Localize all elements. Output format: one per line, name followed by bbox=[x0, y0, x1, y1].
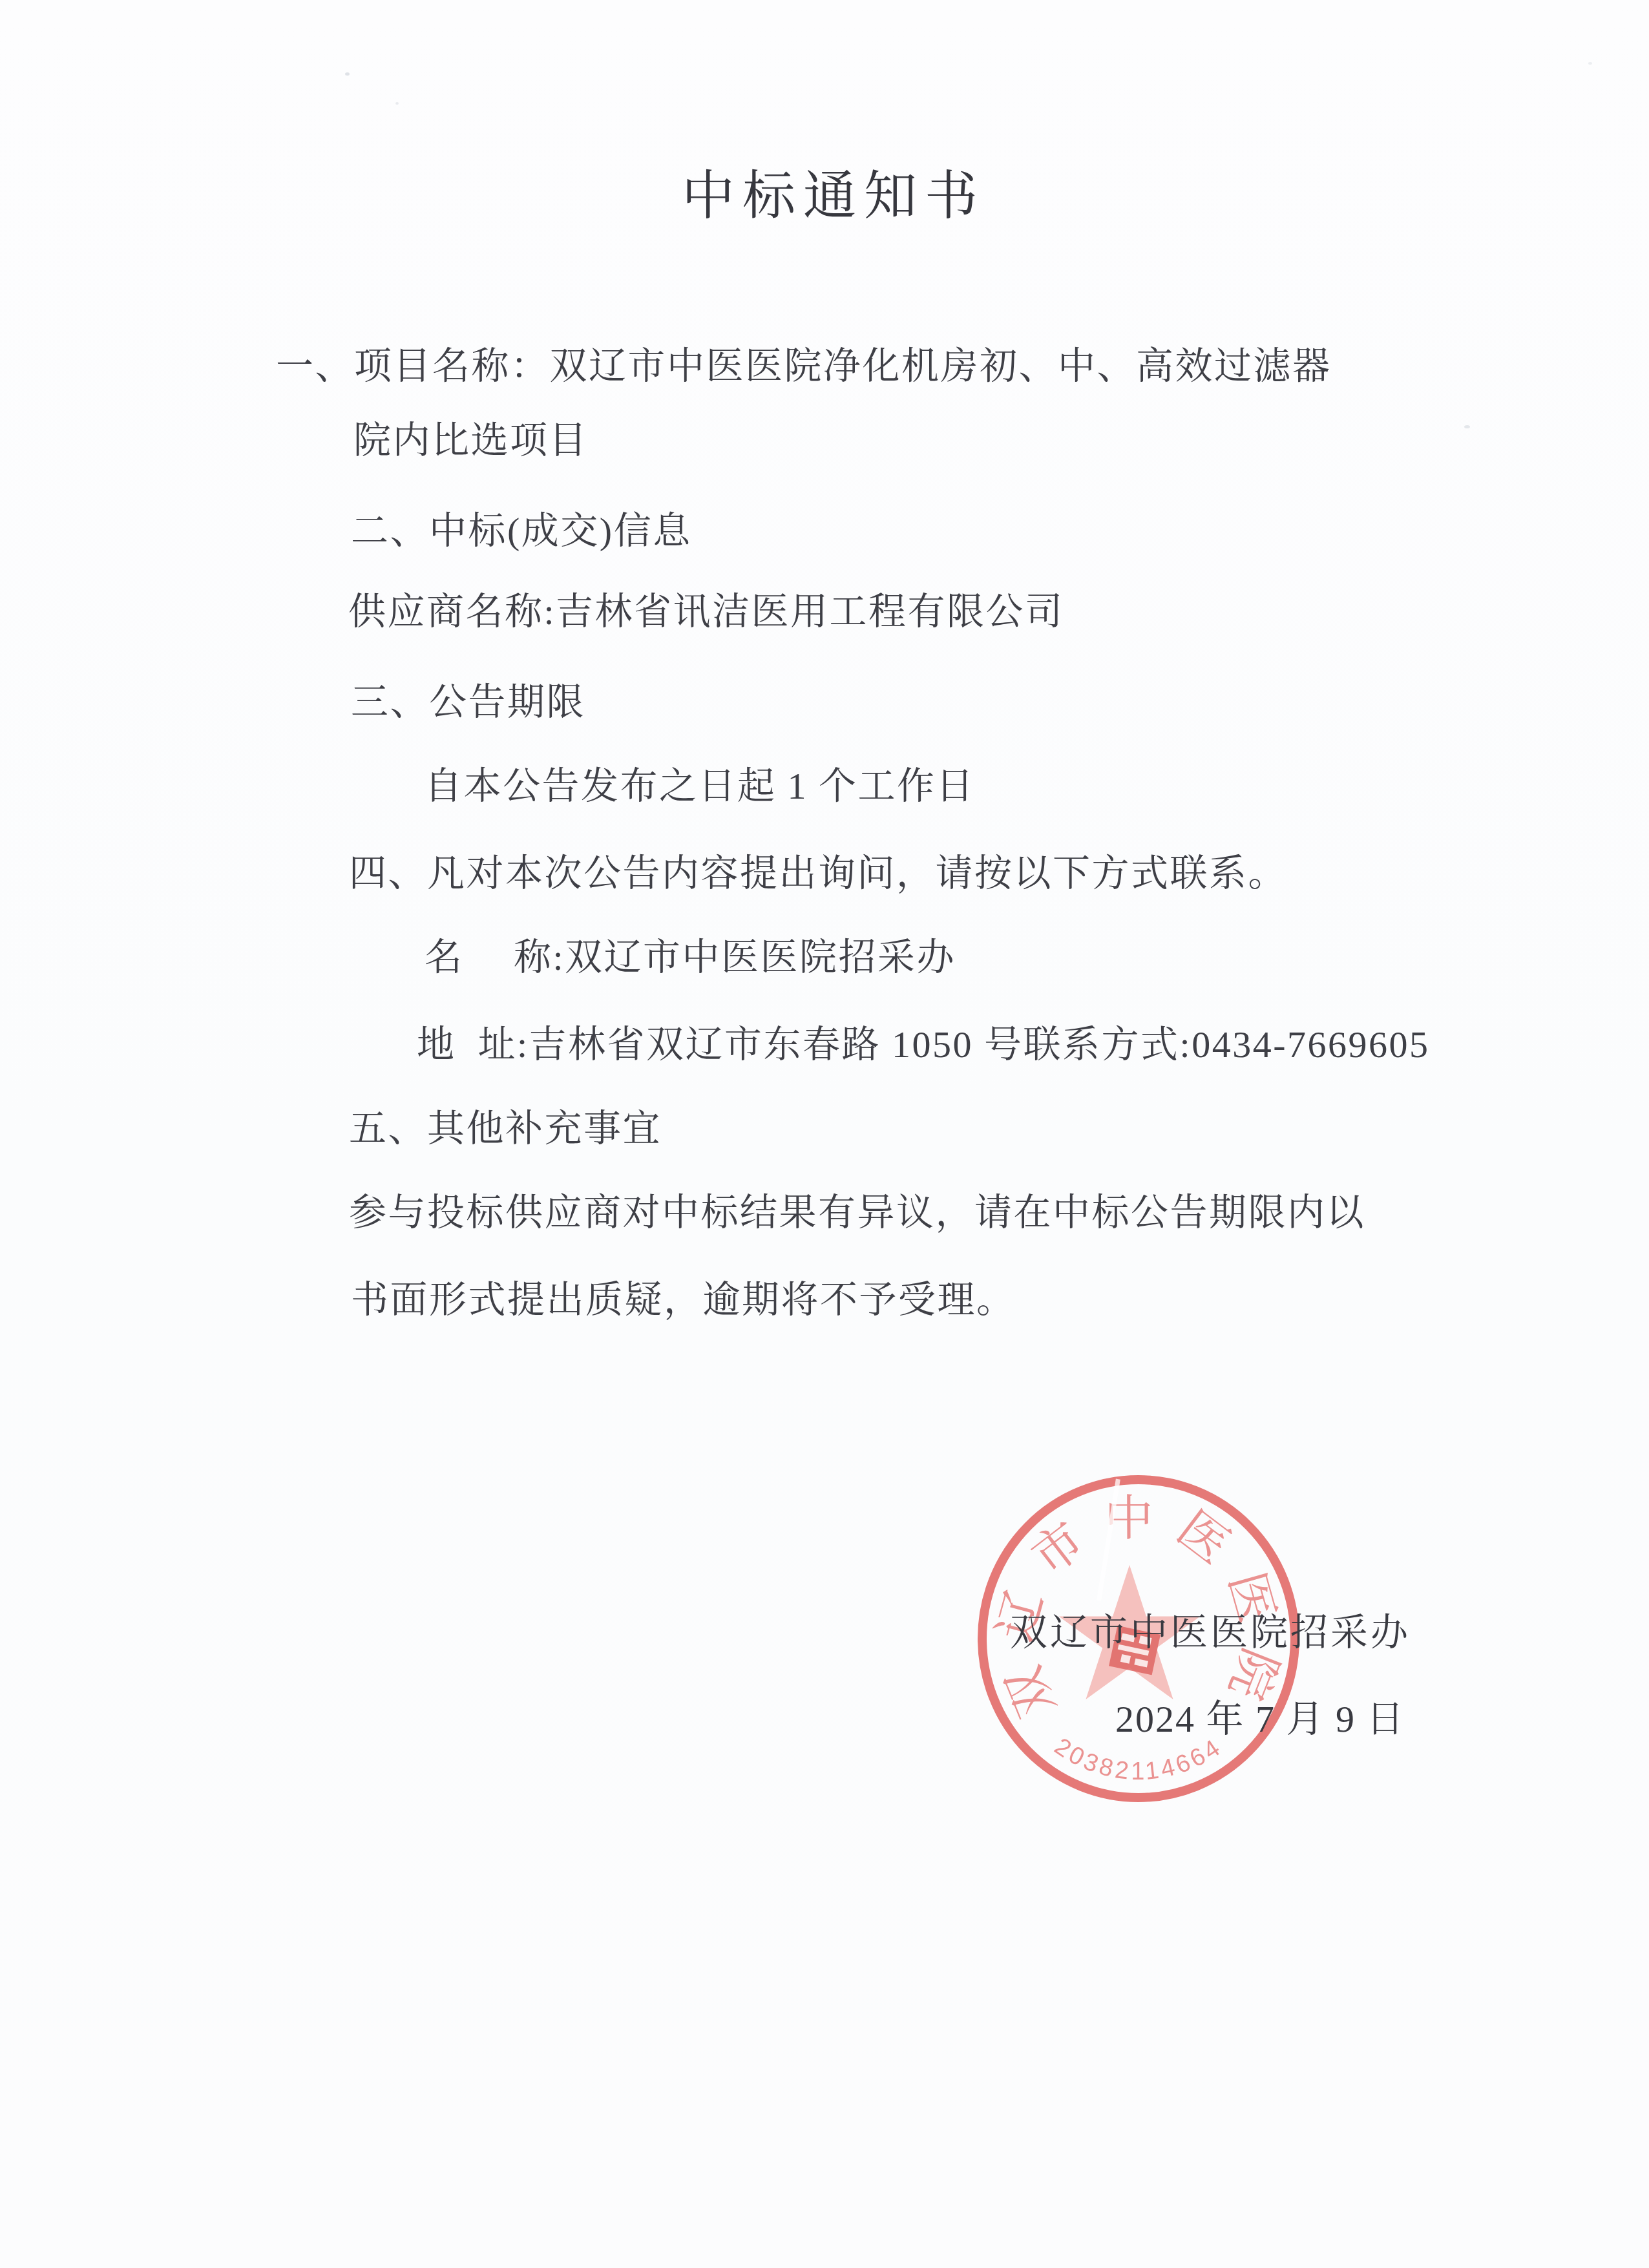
scan-speck bbox=[1588, 62, 1592, 65]
line-notice-period-value: 自本公告发布之日起 1 个工作日 bbox=[425, 765, 975, 808]
line-supplier-name: 供应商名称:吉林省讯洁医用工程有限公司 bbox=[348, 591, 1064, 633]
line-contact-name: 名 称:双辽市中医医院招采办 bbox=[425, 936, 956, 979]
line-objection-2: 书面形式提出质疑，逾期将不予受理。 bbox=[351, 1279, 1016, 1321]
line-project-name: 一、项目名称：双辽市中医医院净化机房初、中、高效过滤器 bbox=[276, 345, 1332, 388]
line-section-contact: 四、凡对本次公告内容提出询问，请按以下方式联系。 bbox=[349, 852, 1287, 895]
scan-speck bbox=[1464, 425, 1470, 428]
scanned-document-page: 中标通知书 一、项目名称：双辽市中医医院净化机房初、中、高效过滤器 院内比选项目… bbox=[0, 0, 1649, 2268]
signature-organization: 双辽市中医医院招采办 bbox=[1010, 1612, 1411, 1654]
line-objection-1: 参与投标供应商对中标结果有异议，请在中标公告期限内以 bbox=[349, 1192, 1365, 1234]
line-section-notice-period: 三、公告期限 bbox=[351, 681, 585, 724]
line-section-award-info: 二、中标(成交)信息 bbox=[351, 510, 692, 552]
signature-date: 2024 年 7 月 9 日 bbox=[1115, 1698, 1405, 1741]
scan-speck bbox=[395, 102, 399, 105]
line-project-name-cont: 院内比选项目 bbox=[353, 419, 588, 462]
document-title: 中标通知书 bbox=[682, 154, 985, 229]
line-section-supplement: 五、其他补充事宜 bbox=[349, 1108, 662, 1150]
scan-speck bbox=[345, 72, 350, 76]
line-contact-address: 地 址:吉林省双辽市东春路 1050 号联系方式:0434-7669605 bbox=[417, 1024, 1430, 1066]
